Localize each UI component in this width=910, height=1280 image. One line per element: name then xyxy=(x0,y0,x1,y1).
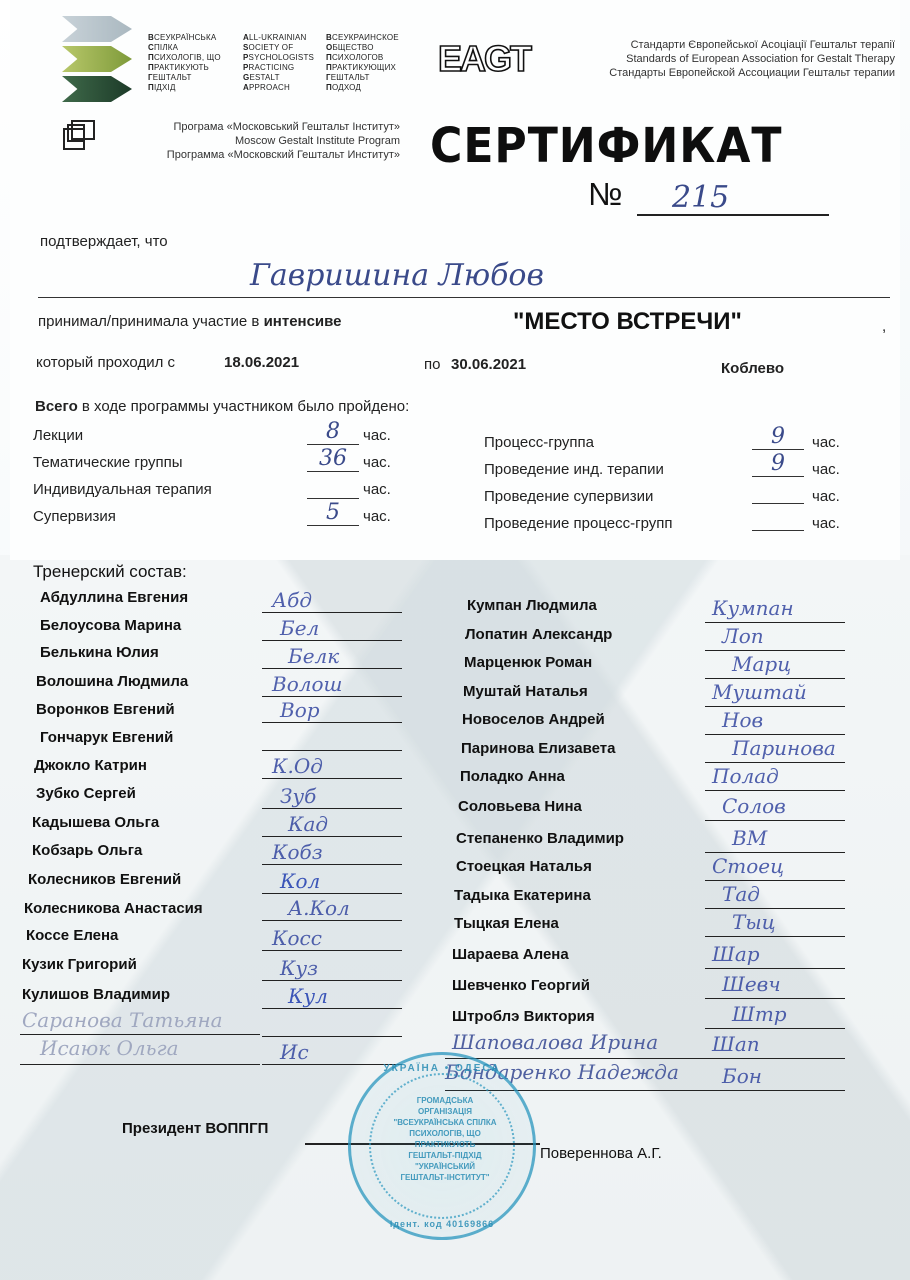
org-initial: G xyxy=(243,73,249,82)
program-name: "МЕСТО ВСТРЕЧИ" xyxy=(513,308,742,336)
signature: А.Кол xyxy=(288,896,350,920)
trainer-name: Степаненко Владимир xyxy=(456,830,624,847)
org-name-line: PRACTICING xyxy=(243,63,314,73)
signature: Лоп xyxy=(722,624,764,648)
hours-unit: час. xyxy=(812,515,840,532)
trainer-name: Шараева Алена xyxy=(452,946,569,963)
trainer-name: Тадыка Екатерина xyxy=(454,887,591,904)
trainer-name: Воронков Евгений xyxy=(36,701,175,718)
signature-line xyxy=(262,640,402,641)
trainer-name: Марценюк Роман xyxy=(464,654,592,671)
hours-label: Проведение процесс-групп xyxy=(484,515,673,532)
signature: К.Од xyxy=(272,754,323,778)
org-initial: P xyxy=(243,63,249,72)
extra-name-line xyxy=(445,1058,705,1059)
signature: Бон xyxy=(722,1064,762,1088)
signature-line xyxy=(262,668,402,669)
trainer-name: Джокло Катрин xyxy=(34,757,147,774)
signature: Стоец xyxy=(712,854,784,878)
org-name-line: APPROACH xyxy=(243,83,314,93)
signature-line xyxy=(262,920,402,921)
signature: Кол xyxy=(280,869,320,893)
signature-line xyxy=(262,893,402,894)
mgi-line-en: Moscow Gestalt Institute Program xyxy=(100,134,400,148)
org-initial: В xyxy=(148,33,154,42)
stamp-line: ОРГАНІЗАЦІЯ xyxy=(381,1106,509,1117)
org-initial: П xyxy=(148,53,154,62)
stamp-line: ГЕШТАЛЬТ-ІНСТИТУТ" xyxy=(381,1172,509,1183)
name-underline xyxy=(38,297,890,298)
number-underline xyxy=(637,214,829,216)
mgi-logo-icon xyxy=(63,118,99,154)
hours-value xyxy=(752,507,804,531)
org-name-line: ПСИХОЛОГІВ, ЩО xyxy=(148,53,221,63)
signature: Кул xyxy=(288,984,328,1008)
trainer-name: Кобзарь Ольга xyxy=(32,842,142,859)
extra-name-line xyxy=(20,1064,260,1065)
hours-value: 36 xyxy=(307,448,359,472)
org-initial: П xyxy=(326,53,332,62)
trainer-name: Кулишов Владимир xyxy=(22,986,170,1003)
signature: Белк xyxy=(288,644,339,668)
trainers-title: Тренерский состав: xyxy=(33,562,187,582)
trainer-name: Белоусова Марина xyxy=(40,617,181,634)
trainer-name: Муштай Наталья xyxy=(463,683,588,700)
signature: Куз xyxy=(280,956,318,980)
signature: Штр xyxy=(732,1002,787,1026)
signature: ВМ xyxy=(732,826,767,850)
trainer-name: Гончарук Евгений xyxy=(40,729,173,746)
signature-line xyxy=(705,908,845,909)
hours-intro: Всего в ходе программы участником было п… xyxy=(35,398,409,415)
org-name-line: ОБЩЕСТВО xyxy=(326,43,399,53)
org-name-line: GESTALT xyxy=(243,73,314,83)
org-initial: П xyxy=(148,63,154,72)
participation-type: интенсиве xyxy=(264,313,342,330)
hours-unit: час. xyxy=(363,454,391,471)
hours-label: Супервизия xyxy=(33,508,116,525)
date-to: 30.06.2021 xyxy=(451,356,526,373)
org-initial: A xyxy=(243,83,249,92)
stamp-line: ГРОМАДСЬКА xyxy=(381,1095,509,1106)
trainer-name: Колесников Евгений xyxy=(28,871,181,888)
org-name-line: ALL-UKRAINIAN xyxy=(243,33,314,43)
org-initial: Г xyxy=(326,73,331,82)
org-name-ua: ВСЕУКРАЇНСЬКАСПІЛКАПСИХОЛОГІВ, ЩОПРАКТИК… xyxy=(148,33,221,93)
trainer-name: Кузик Григорий xyxy=(22,956,137,973)
trainer-name: Соловьева Нина xyxy=(458,798,582,815)
hours-label: Проведение инд. терапии xyxy=(484,461,664,478)
org-name-line: ПСИХОЛОГОВ xyxy=(326,53,399,63)
signature-line xyxy=(705,1028,845,1029)
hours-unit: час. xyxy=(363,427,391,444)
eagt-standards-text: Стандарти Європейської Асоціації Гешталь… xyxy=(609,38,895,80)
org-initial: О xyxy=(326,43,332,52)
eagt-line-en: Standards of European Association for Ge… xyxy=(609,52,895,66)
handwritten-trainer-name: Саранова Татьяна xyxy=(22,1008,223,1032)
official-stamp: УКРАЇНА • ОДЕСА ГРОМАДСЬКАОРГАНІЗАЦІЯ"ВС… xyxy=(348,1052,536,1240)
signature-line xyxy=(262,612,402,613)
signature-line xyxy=(262,778,402,779)
signature-line xyxy=(705,622,845,623)
org-name-line: ПРАКТИКУЮЩИХ xyxy=(326,63,399,73)
president-name: Повереннова А.Г. xyxy=(540,1145,662,1162)
trainer-name: Поладко Анна xyxy=(460,768,565,785)
mgi-line-ru: Программа «Московский Гештальт Институт» xyxy=(100,148,400,162)
signature: Кад xyxy=(288,812,328,836)
signature: Бел xyxy=(280,616,319,640)
trainer-name: Лопатин Александр xyxy=(465,626,612,643)
hours-label: Индивидуальная терапия xyxy=(33,481,212,498)
eagt-line-ua: Стандарти Європейської Асоціації Гешталь… xyxy=(609,38,895,52)
held-label: который проходил с xyxy=(36,354,175,371)
org-name-line: SOCIETY OF xyxy=(243,43,314,53)
org-name-line: ВСЕУКРАИНСКОЕ xyxy=(326,33,399,43)
signature: Нов xyxy=(722,708,763,732)
signature-line xyxy=(262,750,402,751)
stamp-line: "ВСЕУКРАЇНСЬКА СПІЛКА xyxy=(381,1117,509,1128)
signature-line xyxy=(262,1008,402,1009)
handwritten-trainer-name: Шаповалова Ирина xyxy=(452,1030,658,1054)
hours-unit: час. xyxy=(812,488,840,505)
signature-line xyxy=(705,678,845,679)
signature: Вор xyxy=(280,698,320,722)
signature-line xyxy=(705,852,845,853)
mgi-line-ua: Програма «Московський Гештальт Інститут» xyxy=(100,120,400,134)
trainer-name: Зубко Сергей xyxy=(36,785,136,802)
stamp-line: ГЕШТАЛЬТ-ПІДХІД xyxy=(381,1150,509,1161)
signature: Тыц xyxy=(732,910,776,934)
to-label: по xyxy=(424,356,440,373)
signature: Шевч xyxy=(722,972,781,996)
signature-line xyxy=(262,696,402,697)
signature: Марц xyxy=(732,652,791,676)
trainer-name: Коссе Елена xyxy=(26,927,118,944)
signature: Тад xyxy=(722,882,760,906)
trainer-name: Колесникова Анастасия xyxy=(24,900,203,917)
signature: Солов xyxy=(722,794,786,818)
org-name-line: ВСЕУКРАЇНСЬКА xyxy=(148,33,221,43)
stamp-line: "УКРАЇНСЬКИЙ xyxy=(381,1161,509,1172)
trainer-name: Штроблэ Виктория xyxy=(452,1008,595,1025)
signature-line xyxy=(705,734,845,735)
trailing-comma: , xyxy=(882,318,886,335)
org-initial: П xyxy=(326,63,332,72)
stamp-text: ГРОМАДСЬКАОРГАНІЗАЦІЯ"ВСЕУКРАЇНСЬКА СПІЛ… xyxy=(381,1095,509,1183)
org-initial: С xyxy=(148,43,154,52)
location: Коблево xyxy=(721,360,784,377)
eagt-logo: EAGT xyxy=(438,40,528,78)
signature: Волош xyxy=(272,672,342,696)
hours-label: Тематические группы xyxy=(33,454,183,471)
signature: Шап xyxy=(712,1032,760,1056)
signature-line xyxy=(705,998,845,999)
org-name-line: PSYCHOLOGISTS xyxy=(243,53,314,63)
trainer-name: Тыцкая Елена xyxy=(454,915,559,932)
signature-line xyxy=(262,808,402,809)
org-initial: Г xyxy=(148,73,153,82)
org-name-ru: ВСЕУКРАИНСКОЕОБЩЕСТВОПСИХОЛОГОВПРАКТИКУЮ… xyxy=(326,33,399,93)
hours-label: Проведение супервизии xyxy=(484,488,653,505)
org-initial: A xyxy=(243,33,249,42)
signature-line xyxy=(262,980,402,981)
hours-unit: час. xyxy=(812,461,840,478)
president-label: Президент ВОППГП xyxy=(122,1120,268,1137)
trainer-name: Волошина Людмила xyxy=(36,673,188,690)
signature-line xyxy=(262,1036,402,1037)
signature: Кобз xyxy=(272,840,323,864)
org-initial: S xyxy=(243,43,249,52)
signature: Кумпан xyxy=(712,596,794,620)
hours-intro-bold: Всего xyxy=(35,398,78,415)
mgi-program-text: Програма «Московський Гештальт Інститут»… xyxy=(100,120,400,162)
org-initial: P xyxy=(243,53,249,62)
hours-unit: час. xyxy=(363,508,391,525)
vsppgp-logo-icon xyxy=(62,16,142,104)
signature: Косс xyxy=(272,926,322,950)
signature-line xyxy=(705,936,845,937)
extra-name-line xyxy=(20,1034,260,1035)
trainer-name: Абдуллина Евгения xyxy=(40,589,188,606)
hours-label: Процесс-группа xyxy=(484,434,594,451)
hours-value xyxy=(307,475,359,499)
signature-line xyxy=(705,1090,845,1091)
trainer-name: Белькина Юлия xyxy=(40,644,159,661)
org-initial: В xyxy=(326,33,332,42)
org-name-line: ПОДХОД xyxy=(326,83,399,93)
signature: Муштай xyxy=(712,680,807,704)
org-name-line: ПРАКТИКУЮТЬ xyxy=(148,63,221,73)
signature-line xyxy=(705,880,845,881)
signature-line xyxy=(705,820,845,821)
signature-line xyxy=(705,762,845,763)
org-name-en: ALL-UKRAINIANSOCIETY OFPSYCHOLOGISTSPRAC… xyxy=(243,33,314,93)
signature-line xyxy=(262,864,402,865)
hours-value: 9 xyxy=(752,426,804,450)
participation-text: принимал/принимала участие в интенсиве xyxy=(38,313,342,330)
signature-line xyxy=(262,836,402,837)
eagt-line-ru: Стандарты Европейской Ассоциации Гешталь… xyxy=(609,66,895,80)
hours-unit: час. xyxy=(812,434,840,451)
hours-intro-rest: в ходе программы участником было пройден… xyxy=(78,398,410,415)
org-name-line: ПІДХІД xyxy=(148,83,221,93)
signature: Зуб xyxy=(280,784,316,808)
stamp-line: ПСИХОЛОГІВ, ЩО ПРАКТИКУЮТЬ xyxy=(381,1128,509,1150)
trainer-name: Стоецкая Наталья xyxy=(456,858,592,875)
date-from: 18.06.2021 xyxy=(224,354,299,371)
hours-value: 9 xyxy=(752,453,804,477)
certificate-number: 215 xyxy=(672,180,729,215)
signature: Абд xyxy=(272,588,312,612)
signature: Шар xyxy=(712,942,760,966)
stamp-code: Ідент. код 40169866 xyxy=(351,1219,533,1229)
signature: Ис xyxy=(280,1040,309,1064)
signature-line xyxy=(705,968,845,969)
signature-line xyxy=(705,790,845,791)
signature-line xyxy=(705,706,845,707)
handwritten-trainer-name: Исаюк Ольга xyxy=(40,1036,179,1060)
participation-prefix: принимал/принимала участие в xyxy=(38,313,264,330)
org-initial: П xyxy=(148,83,154,92)
org-initial: П xyxy=(326,83,332,92)
hours-unit: час. xyxy=(363,481,391,498)
hours-value: 8 xyxy=(307,421,359,445)
signature-line xyxy=(705,650,845,651)
trainer-name: Кадышева Ольга xyxy=(32,814,159,831)
number-label: № xyxy=(588,176,622,213)
org-name-line: ГЕШТАЛЬТ xyxy=(326,73,399,83)
trainer-name: Шевченко Георгий xyxy=(452,977,590,994)
confirms-text: подтверждает, что xyxy=(40,233,168,250)
org-name-line: СПІЛКА xyxy=(148,43,221,53)
hours-value: 5 xyxy=(307,502,359,526)
trainer-name: Паринова Елизавета xyxy=(461,740,615,757)
hours-value xyxy=(752,480,804,504)
participant-name: Гавришина Любов xyxy=(250,258,544,293)
signature-line xyxy=(262,950,402,951)
certificate-title: СЕРТИФИКАТ xyxy=(430,118,782,174)
org-name-line: ГЕШТАЛЬТ xyxy=(148,73,221,83)
signature: Паринова xyxy=(732,736,836,760)
signature: Полад xyxy=(712,764,779,788)
hours-label: Лекции xyxy=(33,427,83,444)
signature-line xyxy=(705,1058,845,1059)
trainer-name: Новоселов Андрей xyxy=(462,711,605,728)
trainer-name: Кумпан Людмила xyxy=(467,597,597,614)
signature-line xyxy=(262,722,402,723)
